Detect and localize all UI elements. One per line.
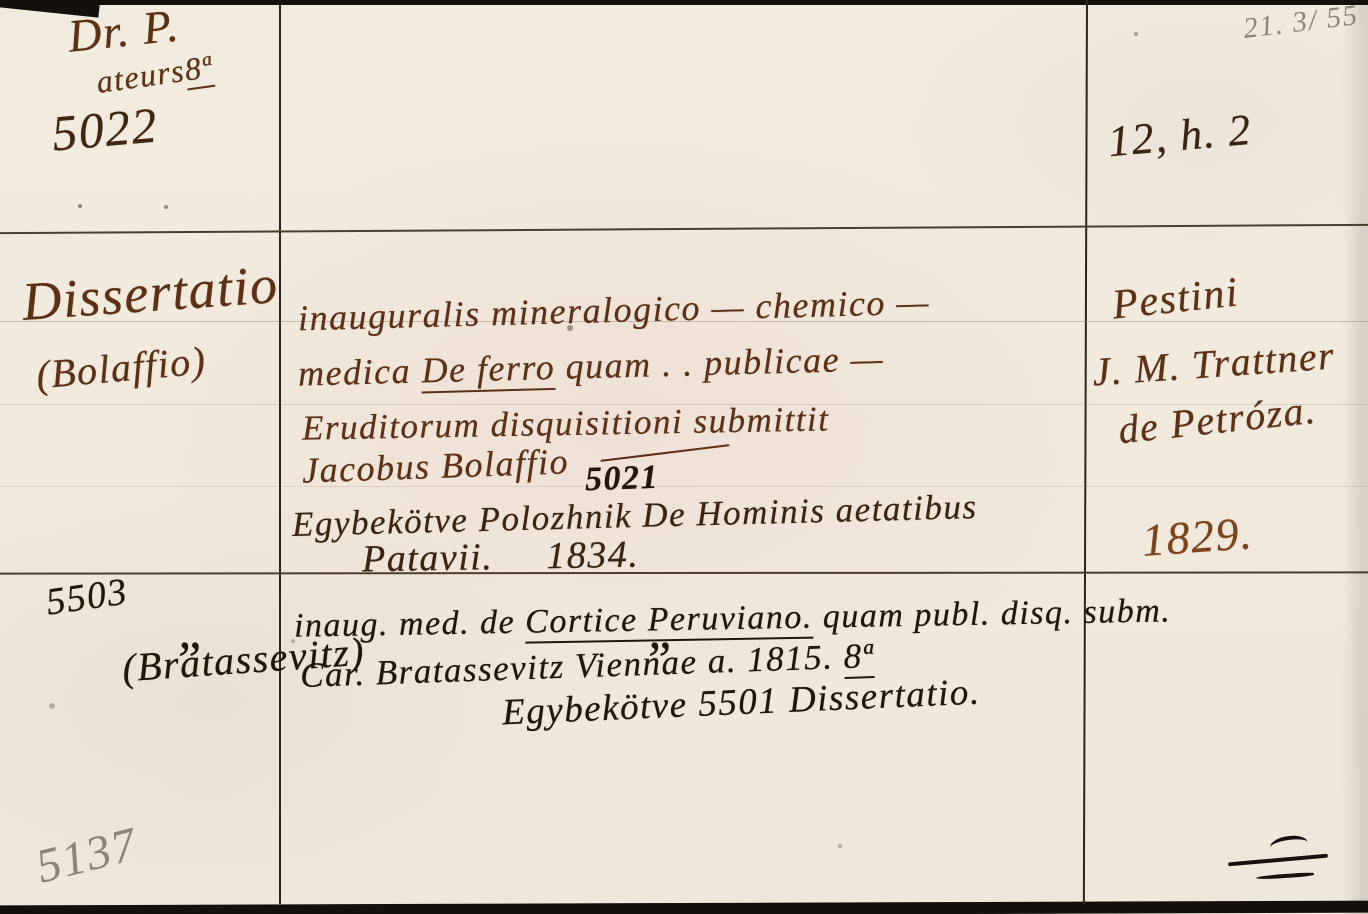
scan-edge-top <box>0 0 1368 5</box>
second-title-line-2-size: 8ª <box>843 636 875 679</box>
column-line-right <box>1083 0 1088 904</box>
printer-name-line-2: de Petróza. <box>1116 390 1318 451</box>
title-line-4: Jacobus Bolaffio <box>301 443 569 488</box>
second-title-line-1: inaug. med. de Cortice Peruviano. quam p… <box>294 594 1172 643</box>
ruled-line-3 <box>0 486 1368 487</box>
pencil-annotation: 21. 3/ 55 <box>1242 1 1360 44</box>
title-line-2-pre: medica <box>298 350 422 393</box>
tally-mark-short-dash <box>1256 872 1314 880</box>
imprint-year: 1829. <box>1141 510 1255 564</box>
title-line-2: medica De ferro quam . . publicae — <box>298 340 885 391</box>
title-line-2-post: quam . . publicae — <box>555 338 885 387</box>
horizontal-rule-middle <box>0 571 1368 574</box>
format-abbreviation: Dr. P. <box>66 2 182 59</box>
inserted-number: 5021 <box>584 461 659 498</box>
entry-heading: Dissertatio <box>20 257 280 329</box>
imprint-place: Pestini <box>1110 271 1241 326</box>
title-line-2-underlined: De ferro <box>421 347 556 393</box>
catalog-card: Dr. P. ateurs8ª 5022 21. 3/ 55 12, h. 2 … <box>0 0 1368 914</box>
tally-mark-arc <box>1269 833 1309 856</box>
horizontal-rule-top <box>0 224 1368 234</box>
second-title-line-1-underlined: Cortice Peruviano. <box>525 599 813 644</box>
imprint-line: Patavii. 1834. <box>362 536 640 579</box>
shelf-number: 5022 <box>50 99 160 158</box>
ink-specks <box>78 204 82 208</box>
title-line-3: Eruditorum disquisitioni submittit <box>302 401 830 445</box>
title-line-1: inauguralis mineralogico — chemico — <box>298 284 931 337</box>
footer-pencil-number: 5137 <box>32 820 143 891</box>
second-title-line-1-post: quam publ. disq. subm. <box>812 592 1171 635</box>
tally-mark <box>1228 834 1348 886</box>
location-mark: 12, h. 2 <box>1106 108 1253 164</box>
printer-name-line-1: J. M. Trattner <box>1091 336 1336 393</box>
second-title-line-1-pre: inaug. med. de <box>294 604 526 645</box>
size-note-text: 8ª <box>182 48 215 90</box>
entry-author-ref: (Bolaffio) <box>35 341 208 396</box>
scan-edge-bottom <box>0 901 1368 914</box>
second-shelf-number: 5503 <box>44 572 130 621</box>
column-line-left <box>279 5 281 904</box>
